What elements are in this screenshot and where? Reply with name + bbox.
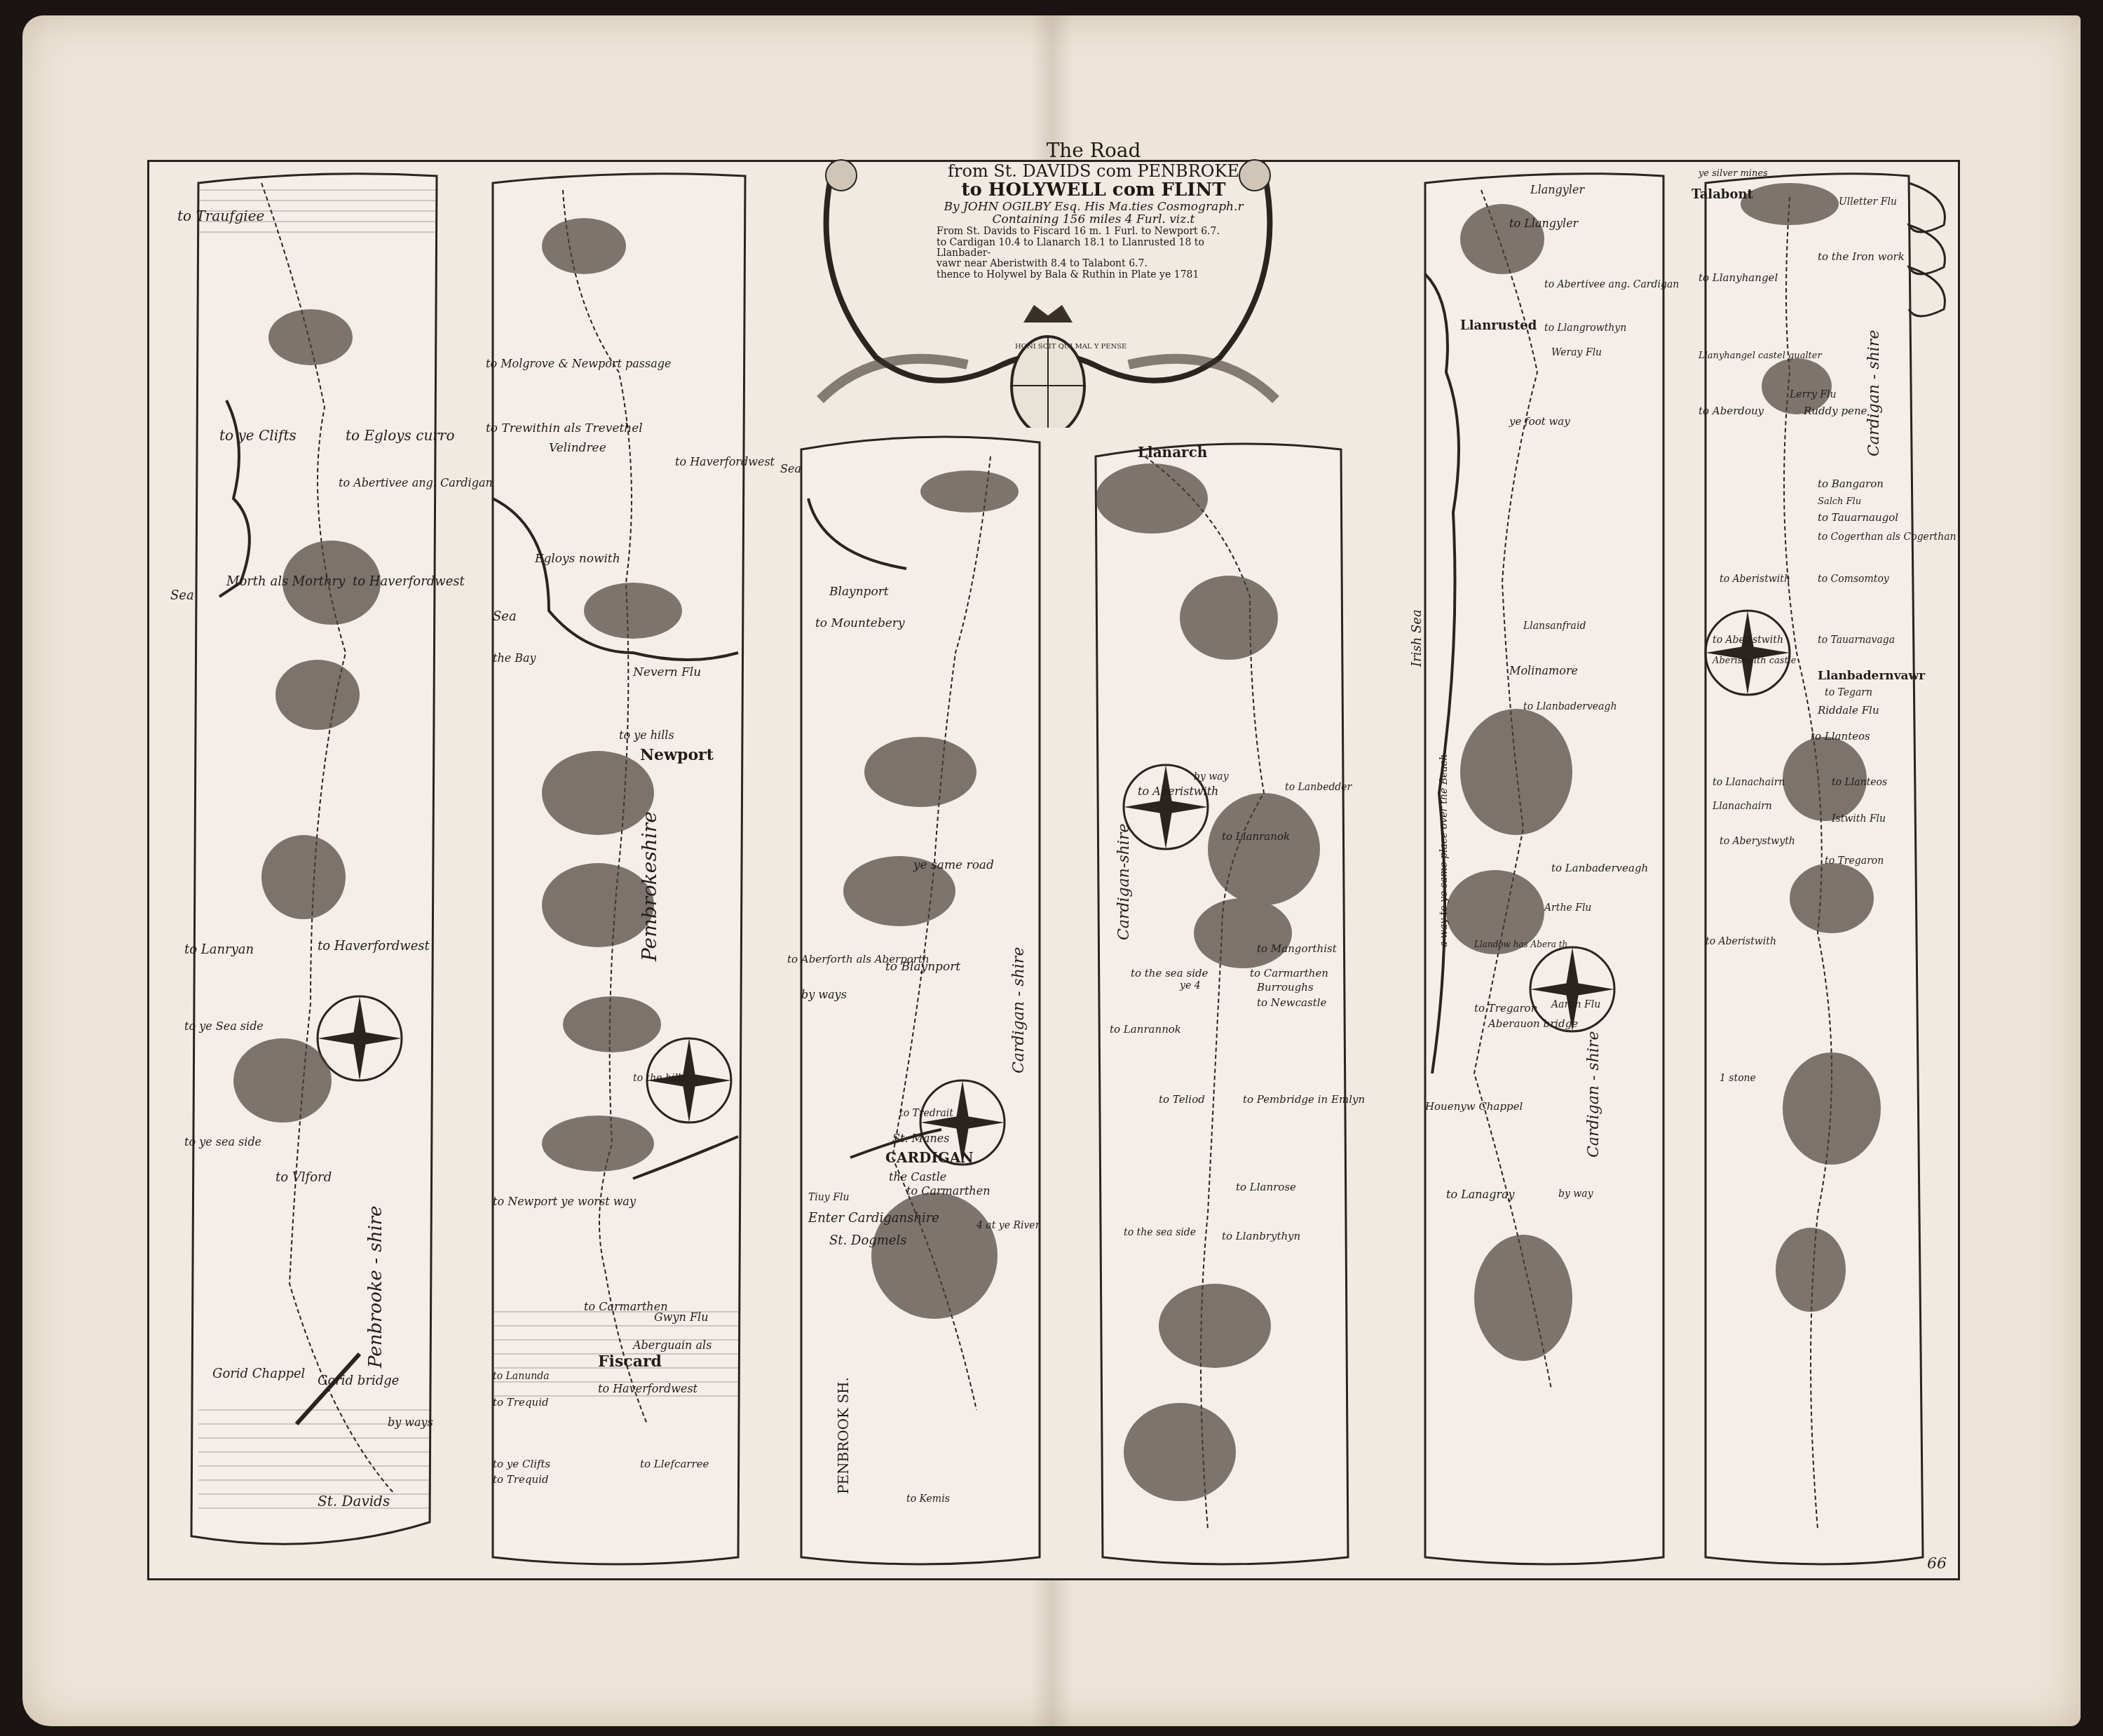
label-to-llangrowthyn: to Llangrowthyn [1544, 323, 1626, 333]
label-by-way-2: by way [1558, 1189, 1593, 1199]
road-strip-6: ye silver mines Talabont Ulletter Flu to… [1692, 162, 1958, 1578]
label-ye-same-road: ye same road [913, 860, 994, 872]
label-to-lanunda: to Lanunda [493, 1371, 550, 1381]
label-llanrusted: Llanrusted [1460, 320, 1537, 332]
label-to-mountebery: to Mountebery [815, 618, 905, 630]
label-sea-2: Sea [493, 611, 517, 623]
label-egloys-nowith: Egloys nowith [535, 553, 620, 565]
label-to-aberystwyth: to Aberystwyth [1720, 836, 1795, 846]
label-st-dogmels: St. Dogmels [829, 1235, 907, 1247]
label-ulletter-flu: Ulletter Flu [1839, 197, 1897, 207]
title-line-to: to HOLYWELL com FLINT [932, 180, 1255, 201]
label-way-over-beach: a way to ye same place over the Beach [1439, 754, 1449, 947]
label-sea: Sea [170, 590, 194, 602]
label-by-way: by way [1194, 772, 1229, 782]
label-enter-cardiganshire: Enter Cardiganshire [808, 1212, 939, 1225]
label-to-ye-clifts: to ye Clifts [219, 428, 297, 442]
county-label-penbrooke: Penbrooke - shire [367, 1205, 385, 1368]
county-label-cardigan-shire-4: Cardigan-shire [1117, 824, 1132, 940]
label-ye-foot-way: ye foot way [1509, 416, 1570, 427]
cartouche-text: The Road from St. DAVIDS com PENBROKE to… [932, 140, 1255, 280]
plate-number: 66 [1927, 1555, 1947, 1573]
label-to-lanbaderveagh: to Lanbaderveagh [1551, 863, 1648, 874]
label-ye-4: ye 4 [1180, 981, 1201, 991]
label-to-ye-clifts-2: to ye Clifts [493, 1459, 550, 1470]
road-strip-5: Llangyler to Llangyler to Abertivee ang.… [1411, 162, 1677, 1578]
label-to-traufgiee: to Traufgiee [177, 209, 264, 223]
label-to-llanbaderveagh: to Llanbaderveagh [1523, 702, 1617, 712]
label-llanarch: Llanarch [1138, 445, 1207, 459]
label-to-lanbedder: to Lanbedder [1285, 782, 1352, 792]
title-cartouche: The Road from St. DAVIDS com PENBROKE to… [792, 133, 1304, 428]
label-to-sea-side: to ye Sea side [184, 1021, 264, 1032]
label-to-llanyhangel: to Llanyhangel [1699, 273, 1778, 283]
county-label-pembrokeshire: Pembrokeshire [640, 811, 660, 961]
label-aaron-flu: Aaron Flu [1551, 1000, 1600, 1010]
label-newport: Newport [640, 747, 714, 763]
label-irish-sea: Irish Sea [1411, 609, 1424, 667]
label-to-llanteos-2: to Llanteos [1832, 778, 1887, 787]
label-istwith-flu: Istwith Flu [1832, 814, 1886, 824]
label-to-tregaron-2: to Tregaron [1825, 856, 1884, 866]
label-to-comsomtoy: to Comsomtoy [1818, 574, 1889, 584]
label-arthe-flu: Arthe Flu [1544, 903, 1591, 913]
label-to-tredrait: to Tredrait [899, 1108, 953, 1118]
label-riddale-flu: Riddale Flu [1818, 705, 1879, 716]
itinerary-line-2: to Cardigan 10.4 to Llanarch 18.1 to Lla… [937, 238, 1255, 259]
label-to-aberistwith-2: to Aberistwith [1720, 574, 1790, 584]
label-llandow: Llandow has Abera th [1474, 940, 1567, 949]
county-label-penbrook-sh: PENBROOK SH. [836, 1377, 850, 1494]
road-strip-1: to Traufgiee to ye Clifts to Egloys curr… [177, 162, 444, 1578]
label-to-haverfordwest-1: to Haverfordwest [353, 576, 465, 588]
label-to-aberistwith-3: to Aberistwith [1713, 635, 1783, 645]
title-line-the-road: The Road [932, 140, 1255, 162]
label-to-cogerthan: to Cogerthan als Cogerthan [1818, 532, 1956, 542]
label-llansanfraid: Llansanfraid [1523, 621, 1586, 631]
label-lerry-flu: Lerry Flu [1790, 390, 1837, 400]
label-by-ways: by ways [388, 1417, 433, 1428]
label-to-aberdouy: to Aberdouy [1699, 406, 1764, 416]
label-to-llangyler: to Llangyler [1509, 218, 1578, 229]
label-to-molgrove: to Molgrove & Newport passage [486, 358, 671, 369]
title-line-containing: Containing 156 miles 4 Furl. viz.t [932, 213, 1255, 226]
label-to-tregaron: to Tregaron [1474, 1003, 1537, 1014]
label-gorid-chappel: Gorid Chappel [212, 1368, 305, 1381]
label-to-blaynport: to Blaynport [885, 961, 960, 973]
label-gwyn-flu: Gwyn Flu [654, 1312, 708, 1323]
title-line-author: By JOHN OGILBY Esq. His Ma.ties Cosmogra… [932, 201, 1255, 214]
itinerary-line-4: thence to Holywel by Bala & Ruthin in Pl… [937, 270, 1255, 280]
label-llanachairn: Llanachairn [1713, 801, 1772, 811]
label-to-haverfordwest-3: to Haverfordwest [675, 456, 775, 468]
label-to-trequid-2: to Trequid [493, 1474, 549, 1485]
label-fiscard: Fiscard [598, 1354, 662, 1369]
label-to-tegarn: to Tegarn [1825, 688, 1872, 698]
label-to-the-sea-side: to the sea side [1131, 968, 1208, 979]
label-cardigan: CARDIGAN [885, 1151, 974, 1165]
label-aberauon-bridge: Aberauon bridge [1488, 1019, 1578, 1029]
label-molinamore: Molinamore [1509, 665, 1578, 677]
label-blaynport: Blaynport [829, 586, 889, 598]
label-to-ye-hills: to ye hills [619, 730, 674, 741]
label-morth: Morth als Morthry [226, 576, 345, 588]
crest-motto: HONI SOIT QUI MAL Y PENSE [1015, 344, 1127, 351]
label-to-abertivee-2: to Abertivee ang. Cardigan [1544, 280, 1679, 290]
label-to-the-hills: to the hills [633, 1073, 686, 1083]
label-to-lanrannok: to Lanrannok [1110, 1024, 1181, 1035]
label-to-aberistwith: to Aberistwith [1138, 786, 1218, 797]
label-to-pembridge: to Pembridge in Emlyn [1243, 1094, 1365, 1105]
label-to-haverfordwest-2: to Haverfordwest [318, 940, 430, 953]
label-to-aberistwith-4: to Aberistwith [1706, 937, 1776, 947]
label-to-the-sea-side-2: to the sea side [1124, 1228, 1196, 1237]
label-silver-mines: ye silver mines [1699, 169, 1768, 178]
label-to-haverfordwest-4: to Haverfordwest [598, 1383, 697, 1395]
label-nevern-flu: Nevern Flu [633, 667, 701, 679]
label-the-bay: the Bay [493, 653, 536, 664]
label-to-abertivee: to Abertivee ang. Cardigan [339, 477, 493, 489]
label-aberistwith-castle: Aberistwith castle [1713, 656, 1796, 665]
label-weray-flu: Weray Flu [1551, 348, 1602, 358]
label-to-kemis: to Kemis [906, 1494, 950, 1504]
label-to-egloys: to Egloys curro [346, 428, 454, 442]
road-strip-2: to Molgrove & Newport passage to Trewith… [479, 162, 752, 1578]
title-line-from: from St. DAVIDS com PENBROKE [932, 162, 1255, 180]
label-sea-3: Sea [780, 463, 801, 475]
label-to-llanachairn: to Llanachairn [1713, 778, 1785, 787]
label-to-mangorthist: to Mangorthist [1257, 944, 1337, 954]
label-gorid-bridge: Gorid bridge [318, 1375, 399, 1388]
label-to-bangaron: to Bangaron [1818, 479, 1884, 489]
label-ruddy-pene: Ruddy pene [1804, 406, 1867, 416]
label-to-carmarthen-2: to Carmarthen [906, 1186, 990, 1197]
label-to-llanbrythyn: to Llanbrythyn [1222, 1231, 1300, 1242]
label-salch-flu: Salch Flu [1818, 497, 1861, 506]
label-velindree: Velindree [549, 442, 606, 454]
strip-1-drawing [177, 162, 472, 1578]
label-at-ye-river: 4 at ye River [976, 1221, 1040, 1230]
label-the-castle: the Castle [889, 1172, 946, 1183]
label-to-lanagray: to Lanagray [1446, 1189, 1515, 1200]
label-to-tauarnavaga: to Tauarnavaga [1818, 635, 1895, 645]
label-to-sea-side-2: to ye sea side [184, 1137, 261, 1148]
label-tiuy-flu: Tiuy Flu [808, 1193, 849, 1202]
label-by-ways-2: by ways [801, 989, 847, 1001]
label-to-newport-worst-way: to Newport ye worst way [493, 1196, 636, 1207]
county-label-cardigan-shire-6: Cardigan - shire [1867, 330, 1882, 456]
label-talabont: Talabont [1692, 189, 1753, 201]
label-to-llanrose: to Llanrose [1236, 1182, 1296, 1193]
label-to-trequid: to Trequid [493, 1397, 549, 1408]
strip-6-drawing [1692, 162, 1958, 1578]
label-to-vlford: to Vlford [275, 1172, 332, 1184]
itinerary-line-3: vawr near Aberistwith 8.4 to Talabont 6.… [937, 259, 1255, 269]
label-to-newcastle: to Newcastle [1257, 998, 1326, 1008]
label-llangyler: Llangyler [1530, 184, 1584, 196]
itinerary-line-1: From St. Davids to Fiscard 16 m. 1 Furl.… [937, 226, 1255, 237]
label-st-manes: St. Manes [892, 1133, 949, 1144]
label-to-llanranok: to Llanranok [1222, 832, 1290, 842]
label-houenyw-chappel: Houenyw Chappel [1425, 1101, 1523, 1112]
label-aberguain: Aberguain als [633, 1340, 712, 1351]
label-to-lanryan: to Lanryan [184, 944, 254, 956]
label-to-trewithin: to Trewithin als Trevethel [486, 423, 643, 435]
label-to-llefcarree: to Llefcarree [640, 1459, 709, 1470]
label-to-llanteos: to Llanteos [1811, 731, 1870, 742]
label-to-teliod: to Teliod [1159, 1094, 1205, 1105]
label-to-iron-work: to the Iron work [1818, 252, 1905, 262]
county-label-cardigan-shire-3: Cardigan - shire [1012, 947, 1027, 1073]
label-llanyhangel-castel: Llanyhangel castel gualter [1699, 351, 1822, 360]
label-to-tauarnaugol: to Tauarnaugol [1818, 513, 1898, 523]
label-1-stone: 1 stone [1720, 1073, 1756, 1083]
county-label-cardigan-shire-5: Cardigan - shire [1586, 1031, 1602, 1158]
label-llanbadernvawr: Llanbadernvawr [1818, 670, 1925, 682]
label-st-davids: St. Davids [318, 1494, 390, 1508]
label-burroughs: Burroughs [1257, 982, 1314, 993]
label-to-carmarthen-3: to Carmarthen [1250, 968, 1328, 979]
